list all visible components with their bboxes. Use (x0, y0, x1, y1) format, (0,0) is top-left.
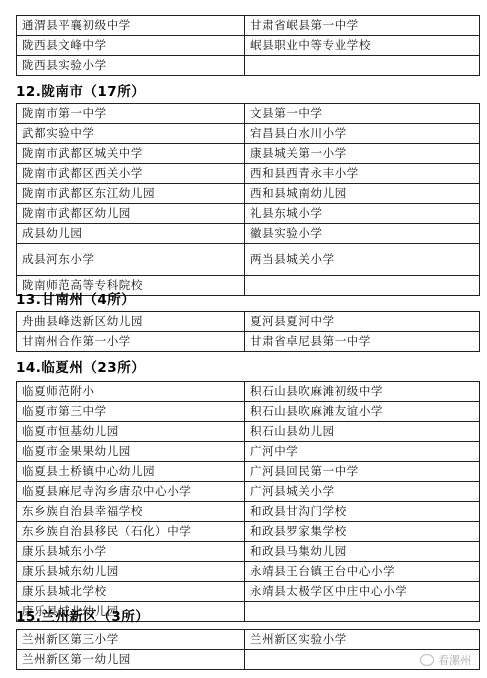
table-cell: 兰州新区实验小学 (245, 630, 480, 650)
school-table-lanzhou-new-area: 兰州新区第三小学 兰州新区实验小学 兰州新区第一幼儿园 (16, 629, 480, 670)
section-heading-longnan: 12.陇南市（17所） (16, 80, 145, 100)
table-cell (245, 602, 480, 622)
table-row: 临夏市第三中学 积石山县吹麻滩友谊小学 (17, 402, 480, 422)
table-row: 康乐县城北学校 永靖县太极学区中庄中心小学 (17, 582, 480, 602)
table-cell: 临夏师范附小 (17, 382, 245, 402)
table-row: 临夏师范附小 积石山县吹麻滩初级中学 (17, 382, 480, 402)
table-cell: 和政县马集幼儿园 (245, 542, 480, 562)
table-cell: 和政县甘沟门学校 (245, 502, 480, 522)
table-cell: 康县城关第一小学 (245, 144, 480, 164)
table-cell: 积石山县吹麻滩初级中学 (245, 382, 480, 402)
table-row: 陇南市武都区西关小学 西和县西青永丰小学 (17, 164, 480, 184)
table-cell: 西和县西青永丰小学 (245, 164, 480, 184)
table-cell: 临夏市金果果幼儿园 (17, 442, 245, 462)
table-cell: 临夏县麻尼寺沟乡唐尕中心小学 (17, 482, 245, 502)
section-heading-linxia: 14.临夏州（23所） (16, 356, 145, 376)
table-cell: 成县幼儿园 (17, 224, 245, 244)
table-row: 通渭县平襄初级中学 甘肃省岷县第一中学 (17, 16, 480, 36)
table-row: 陇南市武都区城关中学 康县城关第一小学 (17, 144, 480, 164)
school-table-continued: 通渭县平襄初级中学 甘肃省岷县第一中学 陇西县文峰中学 岷县职业中等专业学校 陇… (16, 15, 480, 76)
table-row: 陇西县文峰中学 岷县职业中等专业学校 (17, 36, 480, 56)
table-cell: 宕昌县白水川小学 (245, 124, 480, 144)
table-cell: 广河县回民第一中学 (245, 462, 480, 482)
section-heading-gannan: 13.甘南州（4所） (16, 288, 135, 308)
table-cell: 积石山县幼儿园 (245, 422, 480, 442)
table-row: 成县幼儿园 徽县实验小学 (17, 224, 480, 244)
table-row: 东乡族自治县移民（石化）中学 和政县罗家集学校 (17, 522, 480, 542)
table-cell: 永靖县太极学区中庄中心小学 (245, 582, 480, 602)
table-cell: 成县河东小学 (17, 244, 245, 276)
table-cell: 东乡族自治县移民（石化）中学 (17, 522, 245, 542)
table-cell: 甘肃省卓尼县第一中学 (245, 332, 480, 352)
table-row: 东乡族自治县幸福学校 和政县甘沟门学校 (17, 502, 480, 522)
table-row: 甘南州合作第一小学 甘肃省卓尼县第一中学 (17, 332, 480, 352)
table-cell: 和政县罗家集学校 (245, 522, 480, 542)
table-cell: 夏河县夏河中学 (245, 312, 480, 332)
table-row: 陇南市武都区东江幼儿园 西和县城南幼儿园 (17, 184, 480, 204)
table-cell: 通渭县平襄初级中学 (17, 16, 245, 36)
table-cell: 康乐县城东小学 (17, 542, 245, 562)
school-table-gannan: 舟曲县峰迭新区幼儿园 夏河县夏河中学 甘南州合作第一小学 甘肃省卓尼县第一中学 (16, 311, 480, 352)
table-cell: 陇南市武都区幼儿园 (17, 204, 245, 224)
table-cell: 兰州新区第三小学 (17, 630, 245, 650)
table-row: 陇西县实验小学 (17, 56, 480, 76)
table-cell: 永靖县王台镇王台中心小学 (245, 562, 480, 582)
table-row: 成县河东小学 两当县城关小学 (17, 244, 480, 276)
table-cell (245, 276, 480, 296)
table-row: 临夏县麻尼寺沟乡唐尕中心小学 广河县城关小学 (17, 482, 480, 502)
watermark: 看漯州 (420, 652, 471, 668)
table-row: 武都实验中学 宕昌县白水川小学 (17, 124, 480, 144)
table-cell: 徽县实验小学 (245, 224, 480, 244)
table-cell: 西和县城南幼儿园 (245, 184, 480, 204)
table-cell: 临夏县土桥镇中心幼儿园 (17, 462, 245, 482)
table-cell: 东乡族自治县幸福学校 (17, 502, 245, 522)
table-row: 康乐县城东幼儿园 永靖县王台镇王台中心小学 (17, 562, 480, 582)
table-cell: 陇南市第一中学 (17, 104, 245, 124)
school-table-longnan: 陇南市第一中学 文县第一中学 武都实验中学 宕昌县白水川小学 陇南市武都区城关中… (16, 103, 480, 296)
wechat-icon (420, 654, 434, 666)
school-table-linxia: 临夏师范附小 积石山县吹麻滩初级中学 临夏市第三中学 积石山县吹麻滩友谊小学 临… (16, 381, 480, 622)
table-cell: 礼县东城小学 (245, 204, 480, 224)
table-cell: 广河中学 (245, 442, 480, 462)
table-cell: 岷县职业中等专业学校 (245, 36, 480, 56)
table-row: 陇南市第一中学 文县第一中学 (17, 104, 480, 124)
section-heading-lanzhou-new-area: 15.兰州新区（3所） (16, 605, 149, 625)
table-cell: 陇南市武都区城关中学 (17, 144, 245, 164)
table-cell: 兰州新区第一幼儿园 (17, 650, 245, 670)
table-row: 临夏县土桥镇中心幼儿园 广河县回民第一中学 (17, 462, 480, 482)
table-cell: 积石山县吹麻滩友谊小学 (245, 402, 480, 422)
table-cell: 文县第一中学 (245, 104, 480, 124)
table-cell: 陇西县实验小学 (17, 56, 245, 76)
table-cell: 临夏市第三中学 (17, 402, 245, 422)
table-row: 兰州新区第一幼儿园 (17, 650, 480, 670)
table-row: 兰州新区第三小学 兰州新区实验小学 (17, 630, 480, 650)
table-cell: 舟曲县峰迭新区幼儿园 (17, 312, 245, 332)
table-cell: 甘肃省岷县第一中学 (245, 16, 480, 36)
table-cell: 广河县城关小学 (245, 482, 480, 502)
table-cell: 康乐县城北学校 (17, 582, 245, 602)
table-cell: 陇南市武都区西关小学 (17, 164, 245, 184)
table-cell: 陇西县文峰中学 (17, 36, 245, 56)
table-cell: 两当县城关小学 (245, 244, 480, 276)
table-row: 康乐县城东小学 和政县马集幼儿园 (17, 542, 480, 562)
table-cell: 康乐县城东幼儿园 (17, 562, 245, 582)
table-row: 舟曲县峰迭新区幼儿园 夏河县夏河中学 (17, 312, 480, 332)
table-cell (245, 56, 480, 76)
table-row: 陇南市武都区幼儿园 礼县东城小学 (17, 204, 480, 224)
table-cell: 武都实验中学 (17, 124, 245, 144)
table-cell: 临夏市恒基幼儿园 (17, 422, 245, 442)
table-cell: 甘南州合作第一小学 (17, 332, 245, 352)
table-row: 临夏市金果果幼儿园 广河中学 (17, 442, 480, 462)
table-row: 临夏市恒基幼儿园 积石山县幼儿园 (17, 422, 480, 442)
watermark-text: 看漯州 (438, 652, 471, 668)
table-cell: 陇南市武都区东江幼儿园 (17, 184, 245, 204)
